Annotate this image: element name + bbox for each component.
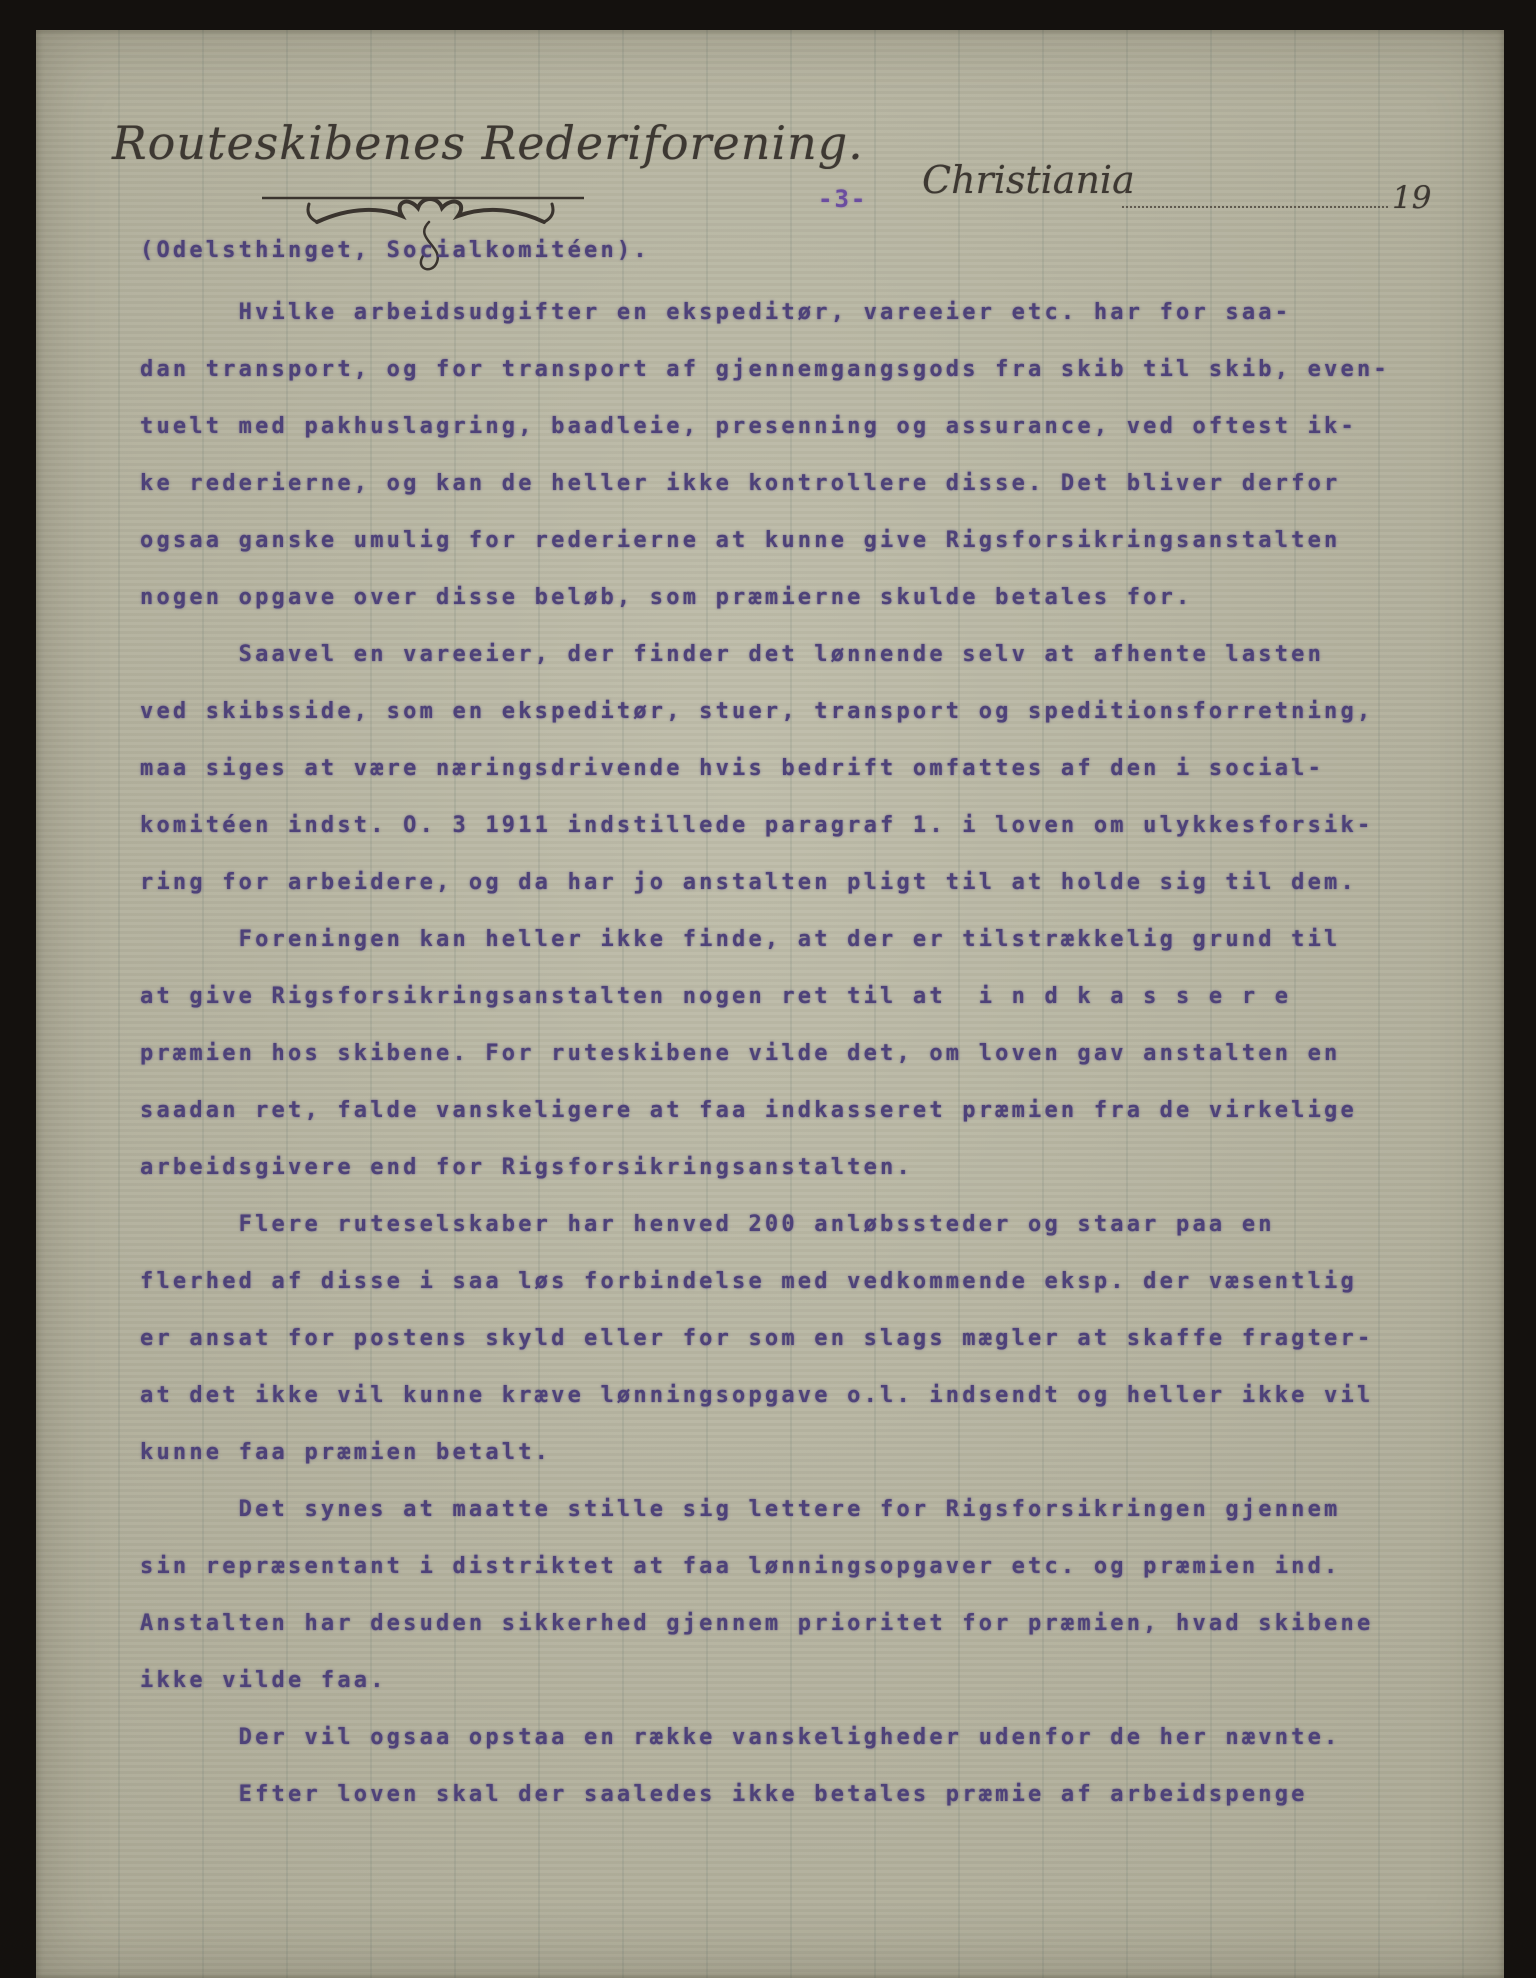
letterhead-organization: Routeskibenes Rederiforening. [112,116,864,170]
letter-line: Efter loven skal der saaledes ikke betal… [140,1766,1464,1823]
letter-line: dan transport, og for transport af gjenn… [140,341,1464,398]
letter-line: præmien hos skibene. For ruteskibene vil… [140,1025,1464,1082]
letter-line: at det ikke vil kunne kræve lønningsopga… [140,1367,1464,1424]
dateline-year-prefix: 19 [1392,180,1431,216]
letter-line: sin repræsentant i distriktet at faa løn… [140,1538,1464,1595]
letter-line: arbeidsgivere end for Rigsforsikringsans… [140,1139,1464,1196]
letter-line: komitéen indst. O. 3 1911 indstillede pa… [140,797,1464,854]
dateline-dotted-line [1122,180,1388,208]
letter-line: kunne faa præmien betalt. [140,1424,1464,1481]
letter-line: saadan ret, falde vanskeligere at faa in… [140,1082,1464,1139]
letter-line: ke rederierne, og kan de heller ikke kon… [140,455,1464,512]
letter-line: Det synes at maatte stille sig lettere f… [140,1481,1464,1538]
letter-line: Saavel en vareeier, der finder det lønne… [140,626,1464,683]
letter-line: maa siges at være næringsdrivende hvis b… [140,740,1464,797]
recipient-note: (Odelsthinget, Socialkomitéen). [140,238,650,263]
letter-line: tuelt med pakhuslagring, baadleie, prese… [140,398,1464,455]
letter-line: ogsaa ganske umulig for rederierne at ku… [140,512,1464,569]
letter-line: Hvilke arbeidsudgifter en ekspeditør, va… [140,284,1464,341]
letter-line: Flere ruteselskaber har henved 200 anløb… [140,1196,1464,1253]
letterhead-flourish-icon [222,188,622,284]
letter-line: er ansat for postens skyld eller for som… [140,1310,1464,1367]
document-page: Routeskibenes Rederiforening. -3- Christ… [36,30,1504,1978]
page-number: -3- [818,185,867,213]
letter-body: Hvilke arbeidsudgifter en ekspeditør, va… [140,284,1464,1823]
letter-line: ring for arbeidere, og da har jo anstalt… [140,854,1464,911]
letter-line: nogen opgave over disse beløb, som præmi… [140,569,1464,626]
letter-line: at give Rigsforsikringsanstalten nogen r… [140,968,1464,1025]
letter-line: Anstalten har desuden sikkerhed gjennem … [140,1595,1464,1652]
scan-background: { "scan": { "background_color": "#14110e… [0,0,1536,1978]
letter-line: Foreningen kan heller ikke finde, at der… [140,911,1464,968]
letter-line: ikke vilde faa. [140,1652,1464,1709]
letter-line: flerhed af disse i saa løs forbindelse m… [140,1253,1464,1310]
letter-line: Der vil ogsaa opstaa en række vanskeligh… [140,1709,1464,1766]
dateline-place: Christiania [922,158,1135,202]
letter-line: ved skibsside, som en ekspeditør, stuer,… [140,683,1464,740]
